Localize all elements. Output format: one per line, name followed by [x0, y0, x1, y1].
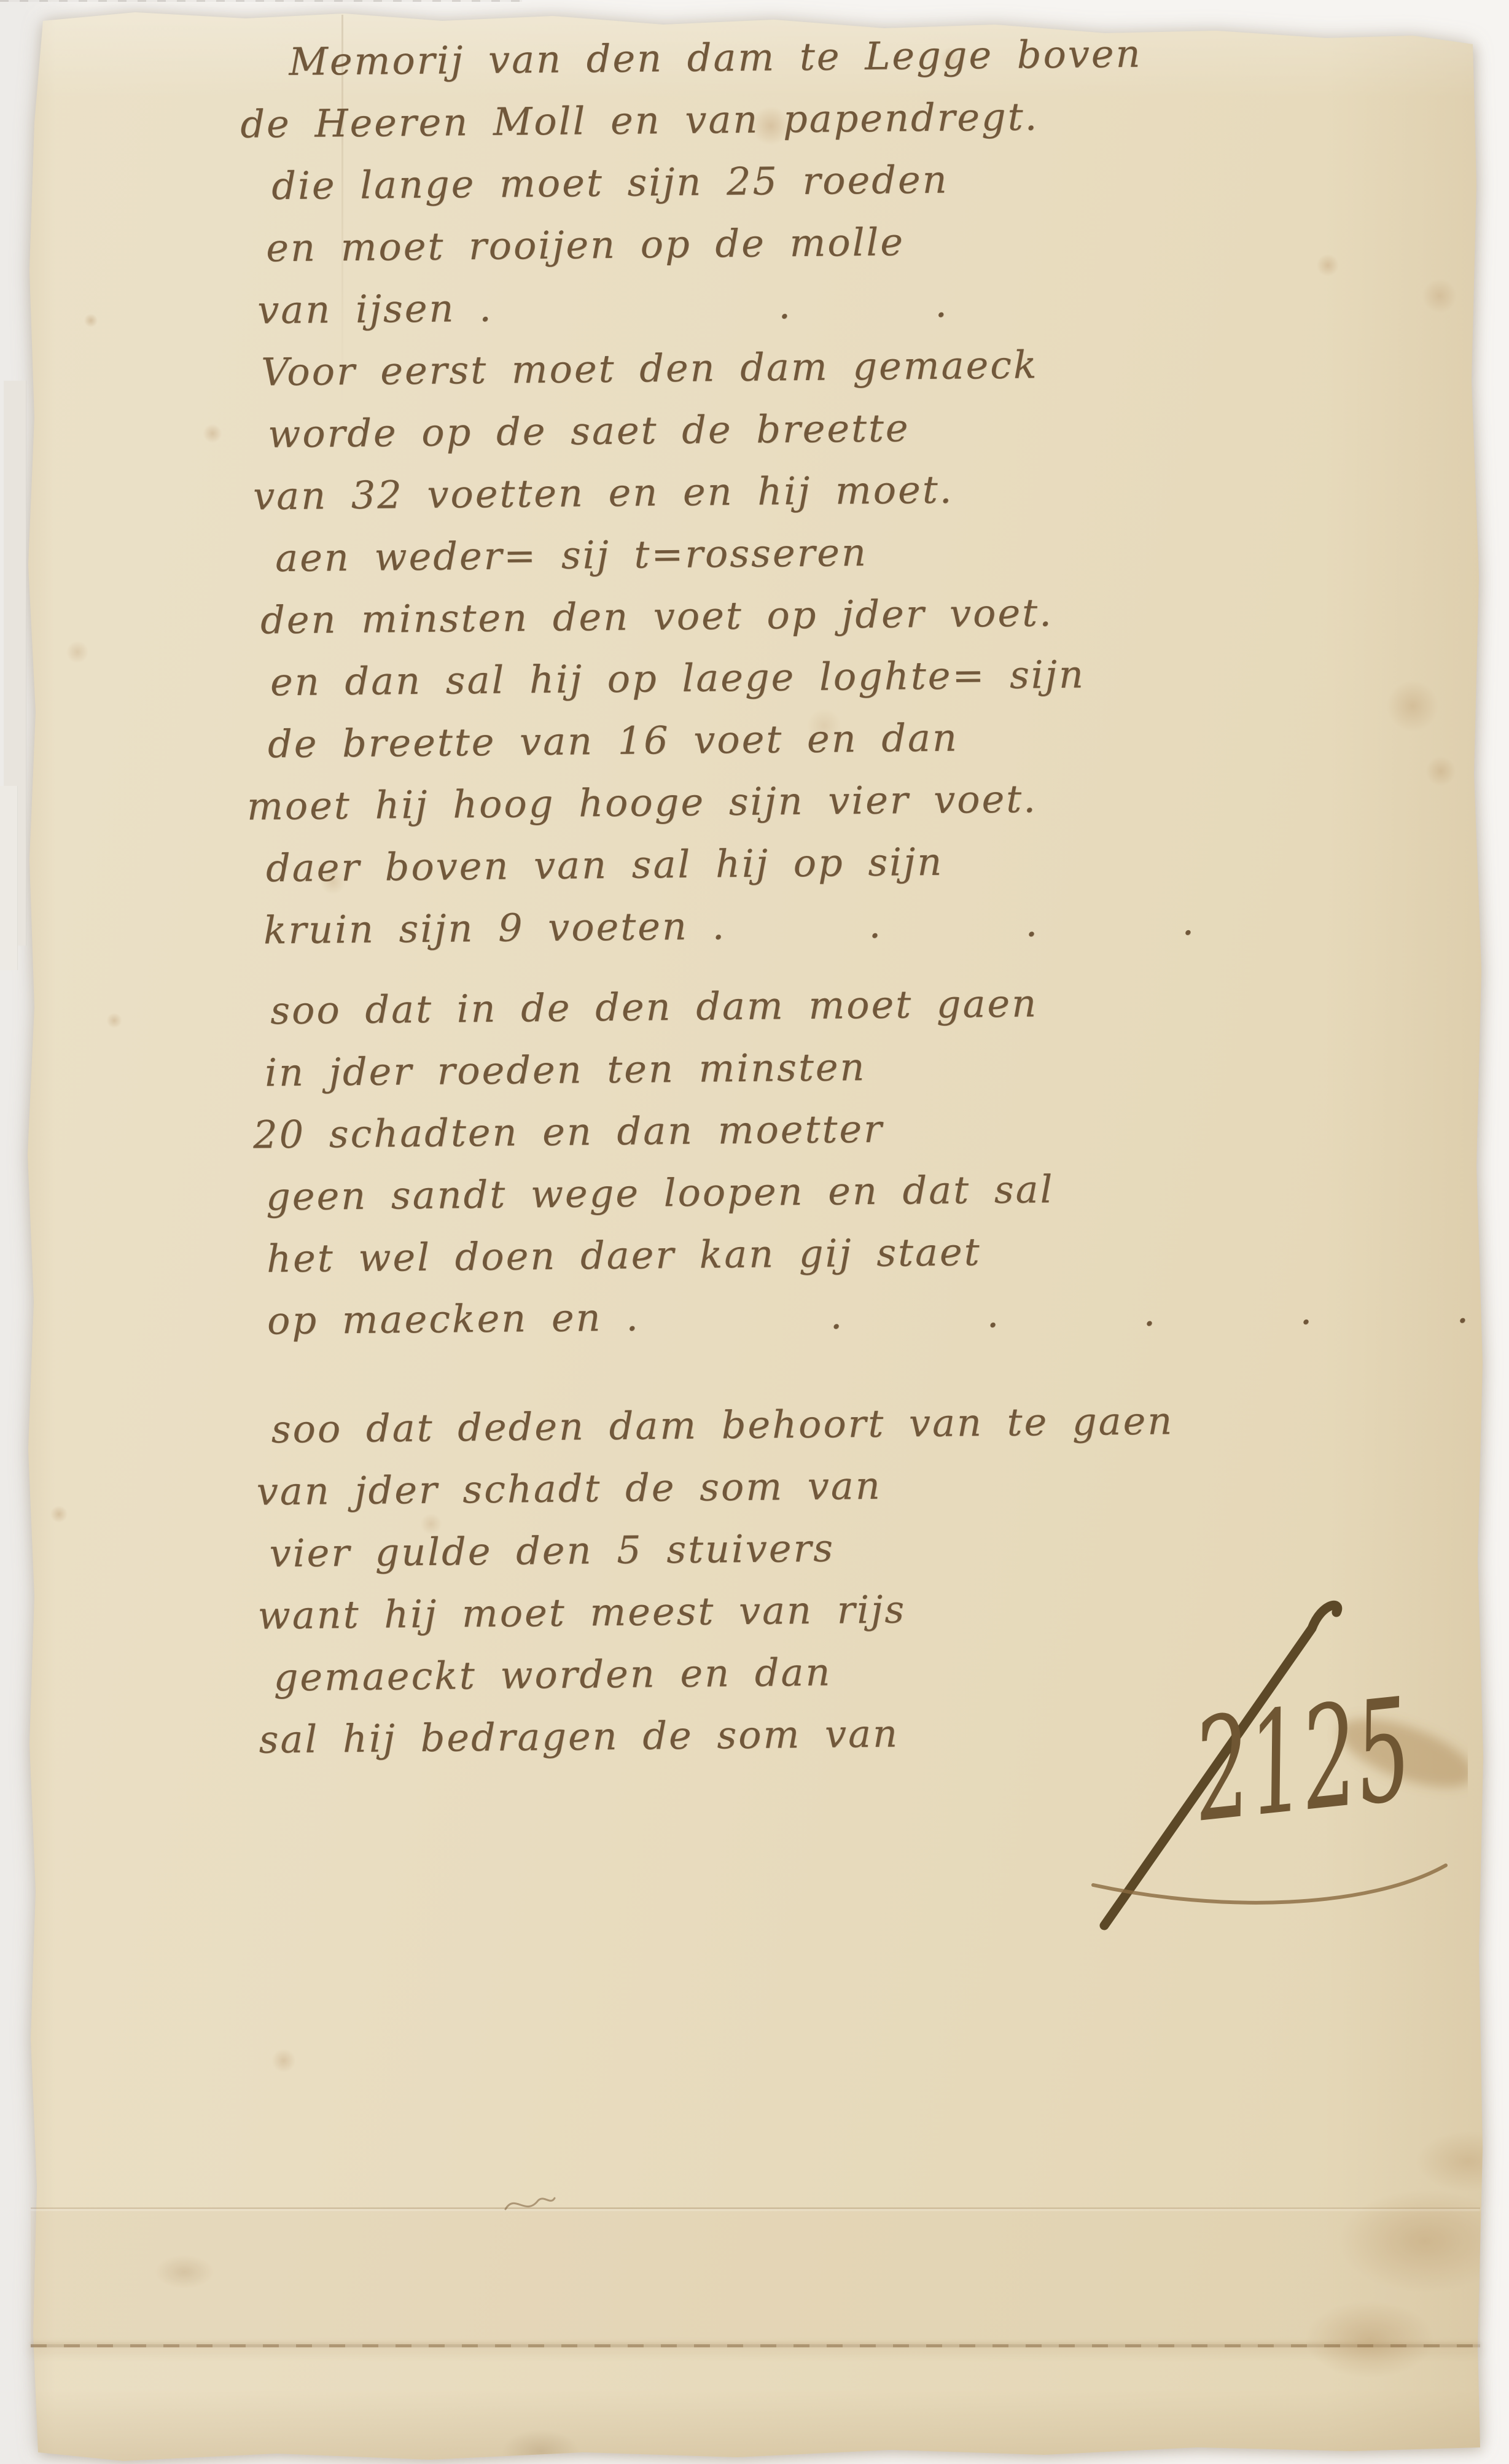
manuscript-line: en dan sal hij op laege loghte= sijn	[270, 643, 1453, 717]
manuscript-line: de breette van 16 voet en dan	[268, 705, 1454, 779]
backing-sheet-edge	[0, 786, 18, 970]
manuscript-line: Memorij van den dam te Legge boven	[289, 23, 1447, 96]
amount-figure: 2125	[1001, 1596, 1468, 1940]
amount-value: 2125	[1187, 1668, 1419, 1854]
manuscript-line: op maecken en . . . . . .	[267, 1282, 1459, 1356]
manuscript-line: soo dat in de den dam moet gaen	[270, 972, 1456, 1046]
manuscript-line: van jder schadt de som van	[256, 1453, 1460, 1526]
manuscript-line: kruin sijn 9 voeten . . . .	[263, 892, 1456, 965]
amount-svg: 2125	[1001, 1596, 1468, 1940]
manuscript-line: worde op de saet de breette	[268, 395, 1451, 468]
manuscript-line: den minsten den voet op jder voet.	[260, 581, 1452, 655]
manuscript-line: die lange moet sijn 25 roeden	[271, 147, 1448, 220]
manuscript-line: daer boven van sal hij op sijn	[266, 830, 1455, 903]
manuscript-line: Voor eerst moet den dam gemaeck	[261, 333, 1450, 407]
manuscript-line: van ijsen . . .	[257, 271, 1449, 345]
manuscript-line: van 32 voetten en en hij moet.	[253, 457, 1451, 531]
manuscript-line: geen sandt wege loopen en dat sal	[266, 1158, 1458, 1232]
fold-crease-bottom	[0, 0, 522, 2]
manuscript-line: moet hij hoog hooge sijn vier voet.	[247, 768, 1454, 841]
manuscript-line: vier gulde den 5 stuivers	[269, 1515, 1461, 1588]
manuscript-line: in jder roeden ten minsten	[265, 1034, 1457, 1108]
ink-mark	[502, 2190, 558, 2223]
fold-band	[31, 2210, 1480, 2344]
scan-background: { "page": { "background_color": "#f6f4f1…	[0, 0, 1509, 2464]
fold-crease-upper	[31, 2207, 1480, 2209]
manuscript-line: en moet rooijen op de molle	[266, 209, 1449, 282]
manuscript-line: aen weder= sij t=rosseren	[275, 519, 1452, 593]
manuscript-line: soo dat deden dam behoort van te gaen	[271, 1391, 1460, 1464]
manuscript-line: het wel doen daer kan gij staet	[267, 1220, 1459, 1294]
text-block: Memorij van den dam te Legge bovende Hee…	[34, 23, 1463, 1776]
manuscript-line: de Heeren Moll en van papendregt.	[240, 85, 1448, 159]
manuscript-line: 20 schadten en dan moetter	[253, 1096, 1457, 1170]
fold-crease-lower	[31, 2344, 1480, 2347]
